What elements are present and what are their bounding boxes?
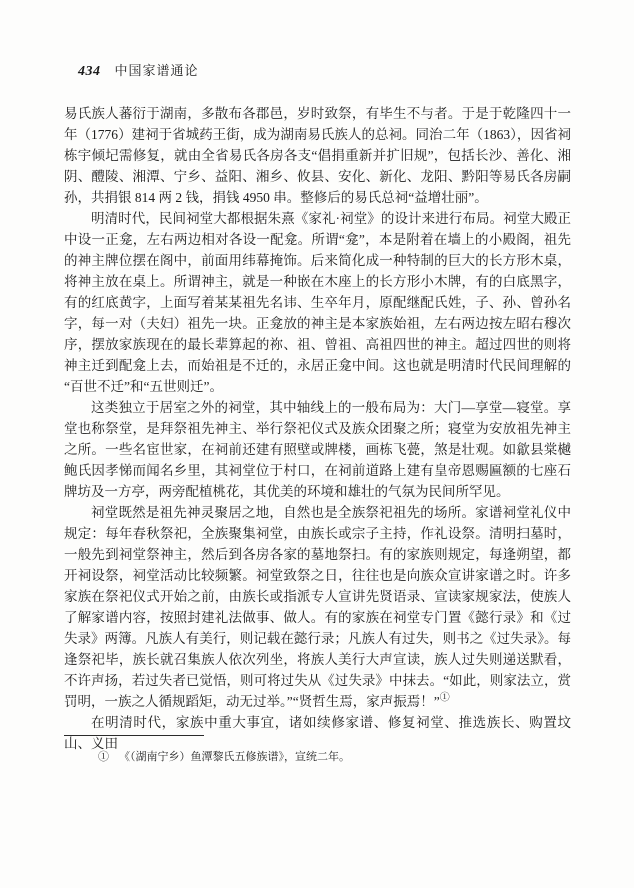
footnote-reference-mark: ①: [440, 693, 450, 704]
paragraph: 祠堂既然是祖先神灵聚居之地，自然也是全族祭祀祖先的场所。家谱祠堂礼仪中规定：每年…: [64, 502, 571, 712]
paragraph-text: 祠堂既然是祖先神灵聚居之地，自然也是全族祭祀祖先的场所。家谱祠堂礼仪中规定：每年…: [64, 505, 571, 709]
paragraph: 明清时代，民间祠堂大都根据朱熹《家礼·祠堂》的设计来进行布局。祠堂大殿正中设一正…: [64, 208, 571, 397]
footnote-divider: [64, 735, 204, 736]
footnote-marker: ①: [98, 749, 109, 765]
body-text: 易氏族人蕃衍于湖南，多散布各郡邑，岁时致祭，有毕生不与者。于是于乾隆四十一年（1…: [64, 103, 571, 754]
running-head: 434 中国家谱通论: [78, 60, 199, 80]
paragraph: 这类独立于居室之外的祠堂，其中轴线上的一般布局为：大门—享堂—寝堂。享堂也称祭堂…: [64, 397, 571, 502]
footnote: ① 《（湖南宁乡）鱼潭黎氏五修族谱》，宣统二年。: [98, 749, 558, 765]
book-page: 434 中国家谱通论 易氏族人蕃衍于湖南，多散布各郡邑，岁时致祭，有毕生不与者。…: [0, 0, 634, 888]
paragraph: 在明清时代，家族中重大事宜，诸如续修家谱、修复祠堂、推选族长、购置坟山、义田: [64, 712, 571, 754]
footnote-text: 《（湖南宁乡）鱼潭黎氏五修族谱》，宣统二年。: [119, 749, 350, 765]
paragraph: 易氏族人蕃衍于湖南，多散布各郡邑，岁时致祭，有毕生不与者。于是于乾隆四十一年（1…: [64, 103, 571, 208]
book-title: 中国家谱通论: [115, 60, 199, 79]
page-number: 434: [78, 64, 101, 80]
